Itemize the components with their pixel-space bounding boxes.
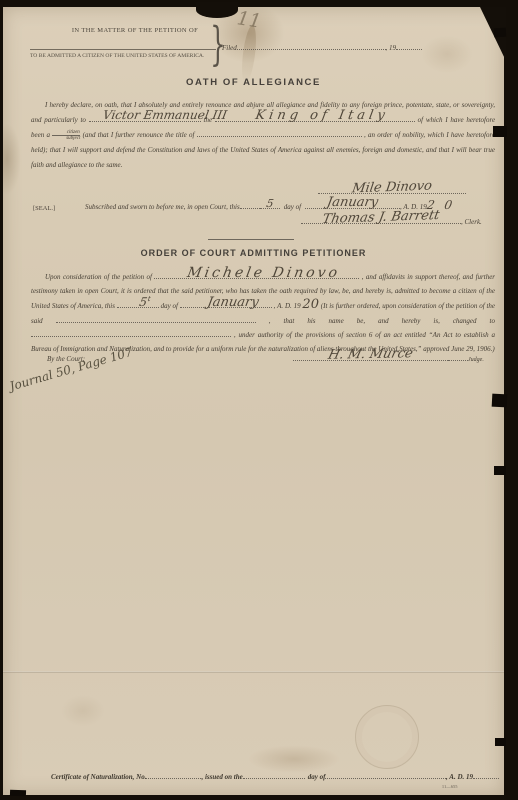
caption-subtitle: TO BE ADMITTED A CITIZEN OF THE UNITED S… xyxy=(30,53,203,59)
binding-notch xyxy=(494,28,507,38)
nobility-title-blank xyxy=(197,128,362,137)
name-change-to-blank xyxy=(31,328,231,337)
order-petitioner-handwriting: Michele Dinovo xyxy=(153,267,360,281)
judge-signature-handwriting: H. M. Murce xyxy=(291,346,450,364)
paper-stain xyxy=(421,35,473,73)
certificate-text: , A. D. 19 xyxy=(446,773,473,781)
order-heading: ORDER OF COURT ADMITTING PETITIONER xyxy=(3,248,504,258)
certificate-year-blank xyxy=(473,770,499,779)
paper-stain xyxy=(248,745,340,773)
certificate-month-blank xyxy=(325,770,446,779)
certificate-text: , issued on the xyxy=(201,773,242,781)
certificate-text: day of xyxy=(308,773,326,781)
order-month-handwriting: January xyxy=(179,296,273,310)
binding-notch xyxy=(10,790,26,797)
document-paper: 11 IN THE MATTER OF THE PETITION OF TO B… xyxy=(3,7,504,795)
order-text: , that his name be, and hereby is, chang… xyxy=(269,317,495,325)
jurat-day-field: 5 xyxy=(260,200,280,209)
caption-title: IN THE MATTER OF THE PETITION OF xyxy=(30,27,216,34)
order-text: Upon consideration of the petition of xyxy=(45,273,152,281)
order-text: , A. D. 19 xyxy=(274,302,301,310)
judge-leader xyxy=(448,352,468,361)
judge-signature-field: H. M. Murce xyxy=(293,352,448,361)
judge-label: Judge. xyxy=(468,357,484,363)
jurat-day-handwriting: 5 xyxy=(259,197,281,210)
case-caption: IN THE MATTER OF THE PETITION OF TO BE A… xyxy=(30,27,216,59)
filed-year-prefix: , 19 xyxy=(386,44,397,52)
section-divider xyxy=(208,239,294,240)
binding-notch xyxy=(495,738,506,746)
jurat-leader xyxy=(240,200,260,209)
fold-crease xyxy=(3,671,504,673)
jurat-month-handwriting: January xyxy=(304,195,402,210)
certificate-text: Certificate of Naturalization, No. xyxy=(51,773,146,781)
order-petitioner-field: Michele Dinovo xyxy=(154,270,359,279)
binding-notch xyxy=(493,126,507,137)
filed-year-blank xyxy=(396,41,422,50)
citizen-subject-stack: citizensubject xyxy=(52,130,80,141)
binding-notch xyxy=(494,466,506,475)
name-change-from-blank xyxy=(56,314,256,323)
clerk-signature-line: Thomas J. Barrett , Clerk. xyxy=(301,215,499,226)
scanned-document-photo: 11 IN THE MATTER OF THE PETITION OF TO B… xyxy=(0,0,518,800)
paper-stain xyxy=(61,695,105,727)
sovereign-title-handwriting: King of Italy xyxy=(214,108,417,123)
form-number: 11—655 xyxy=(442,785,458,790)
petitioner-name-blank xyxy=(30,49,216,50)
clerk-label: , Clerk. xyxy=(461,218,482,226)
oath-text: (and that I further renounce the title o… xyxy=(83,131,195,139)
paper-stain-streak xyxy=(240,24,259,83)
top-edge-tear xyxy=(196,2,238,18)
order-day-handwriting: 5t xyxy=(115,292,160,310)
order-paragraph: Upon consideration of the petition of Mi… xyxy=(31,270,495,356)
clerk-signature-field: Thomas J. Barrett xyxy=(301,215,461,224)
order-year-handwriting: 20 xyxy=(302,297,319,312)
jurat-text: Subscribed and sworn to before me, in op… xyxy=(85,203,240,211)
certificate-date-blank xyxy=(243,770,305,779)
certificate-line: Certificate of Naturalization, No. , iss… xyxy=(51,770,499,781)
oath-heading: OATH OF ALLEGIANCE xyxy=(3,77,504,88)
filed-date-blank xyxy=(237,41,386,50)
photo-edge-left xyxy=(0,0,3,800)
pencil-annotation: 11 xyxy=(235,7,262,33)
seal-label: [SEAL.] xyxy=(33,205,55,212)
sovereign-name-handwriting: Victor Emmanuel III xyxy=(87,108,202,123)
photo-edge-bottom xyxy=(0,795,518,800)
order-day-field: 5t xyxy=(117,299,159,308)
order-day-suffix: t xyxy=(147,294,151,303)
oath-paragraph: I hereby declare, on oath, that I absolu… xyxy=(31,98,495,173)
photo-edge-top xyxy=(0,0,518,7)
filed-field: Filed , 19 xyxy=(222,41,422,52)
sovereign-name-field: Victor Emmanuel III xyxy=(89,113,201,122)
petitioner-signature-field: Mile Dinovo xyxy=(318,185,466,194)
jurat-month-field: January xyxy=(305,200,400,209)
embossed-seal xyxy=(355,705,419,769)
judge-signature-line: H. M. Murce Judge. xyxy=(293,352,499,363)
jurat-text: day of xyxy=(284,203,301,211)
order-text: day of xyxy=(161,302,178,310)
filed-label: Filed xyxy=(222,44,237,52)
paper-stain xyxy=(0,123,21,195)
certificate-number-blank xyxy=(146,770,201,779)
stack-subject: subject xyxy=(52,136,80,141)
order-month-field: January xyxy=(180,299,272,308)
binding-notch xyxy=(492,394,508,408)
sovereign-title-field: King of Italy xyxy=(215,113,415,122)
